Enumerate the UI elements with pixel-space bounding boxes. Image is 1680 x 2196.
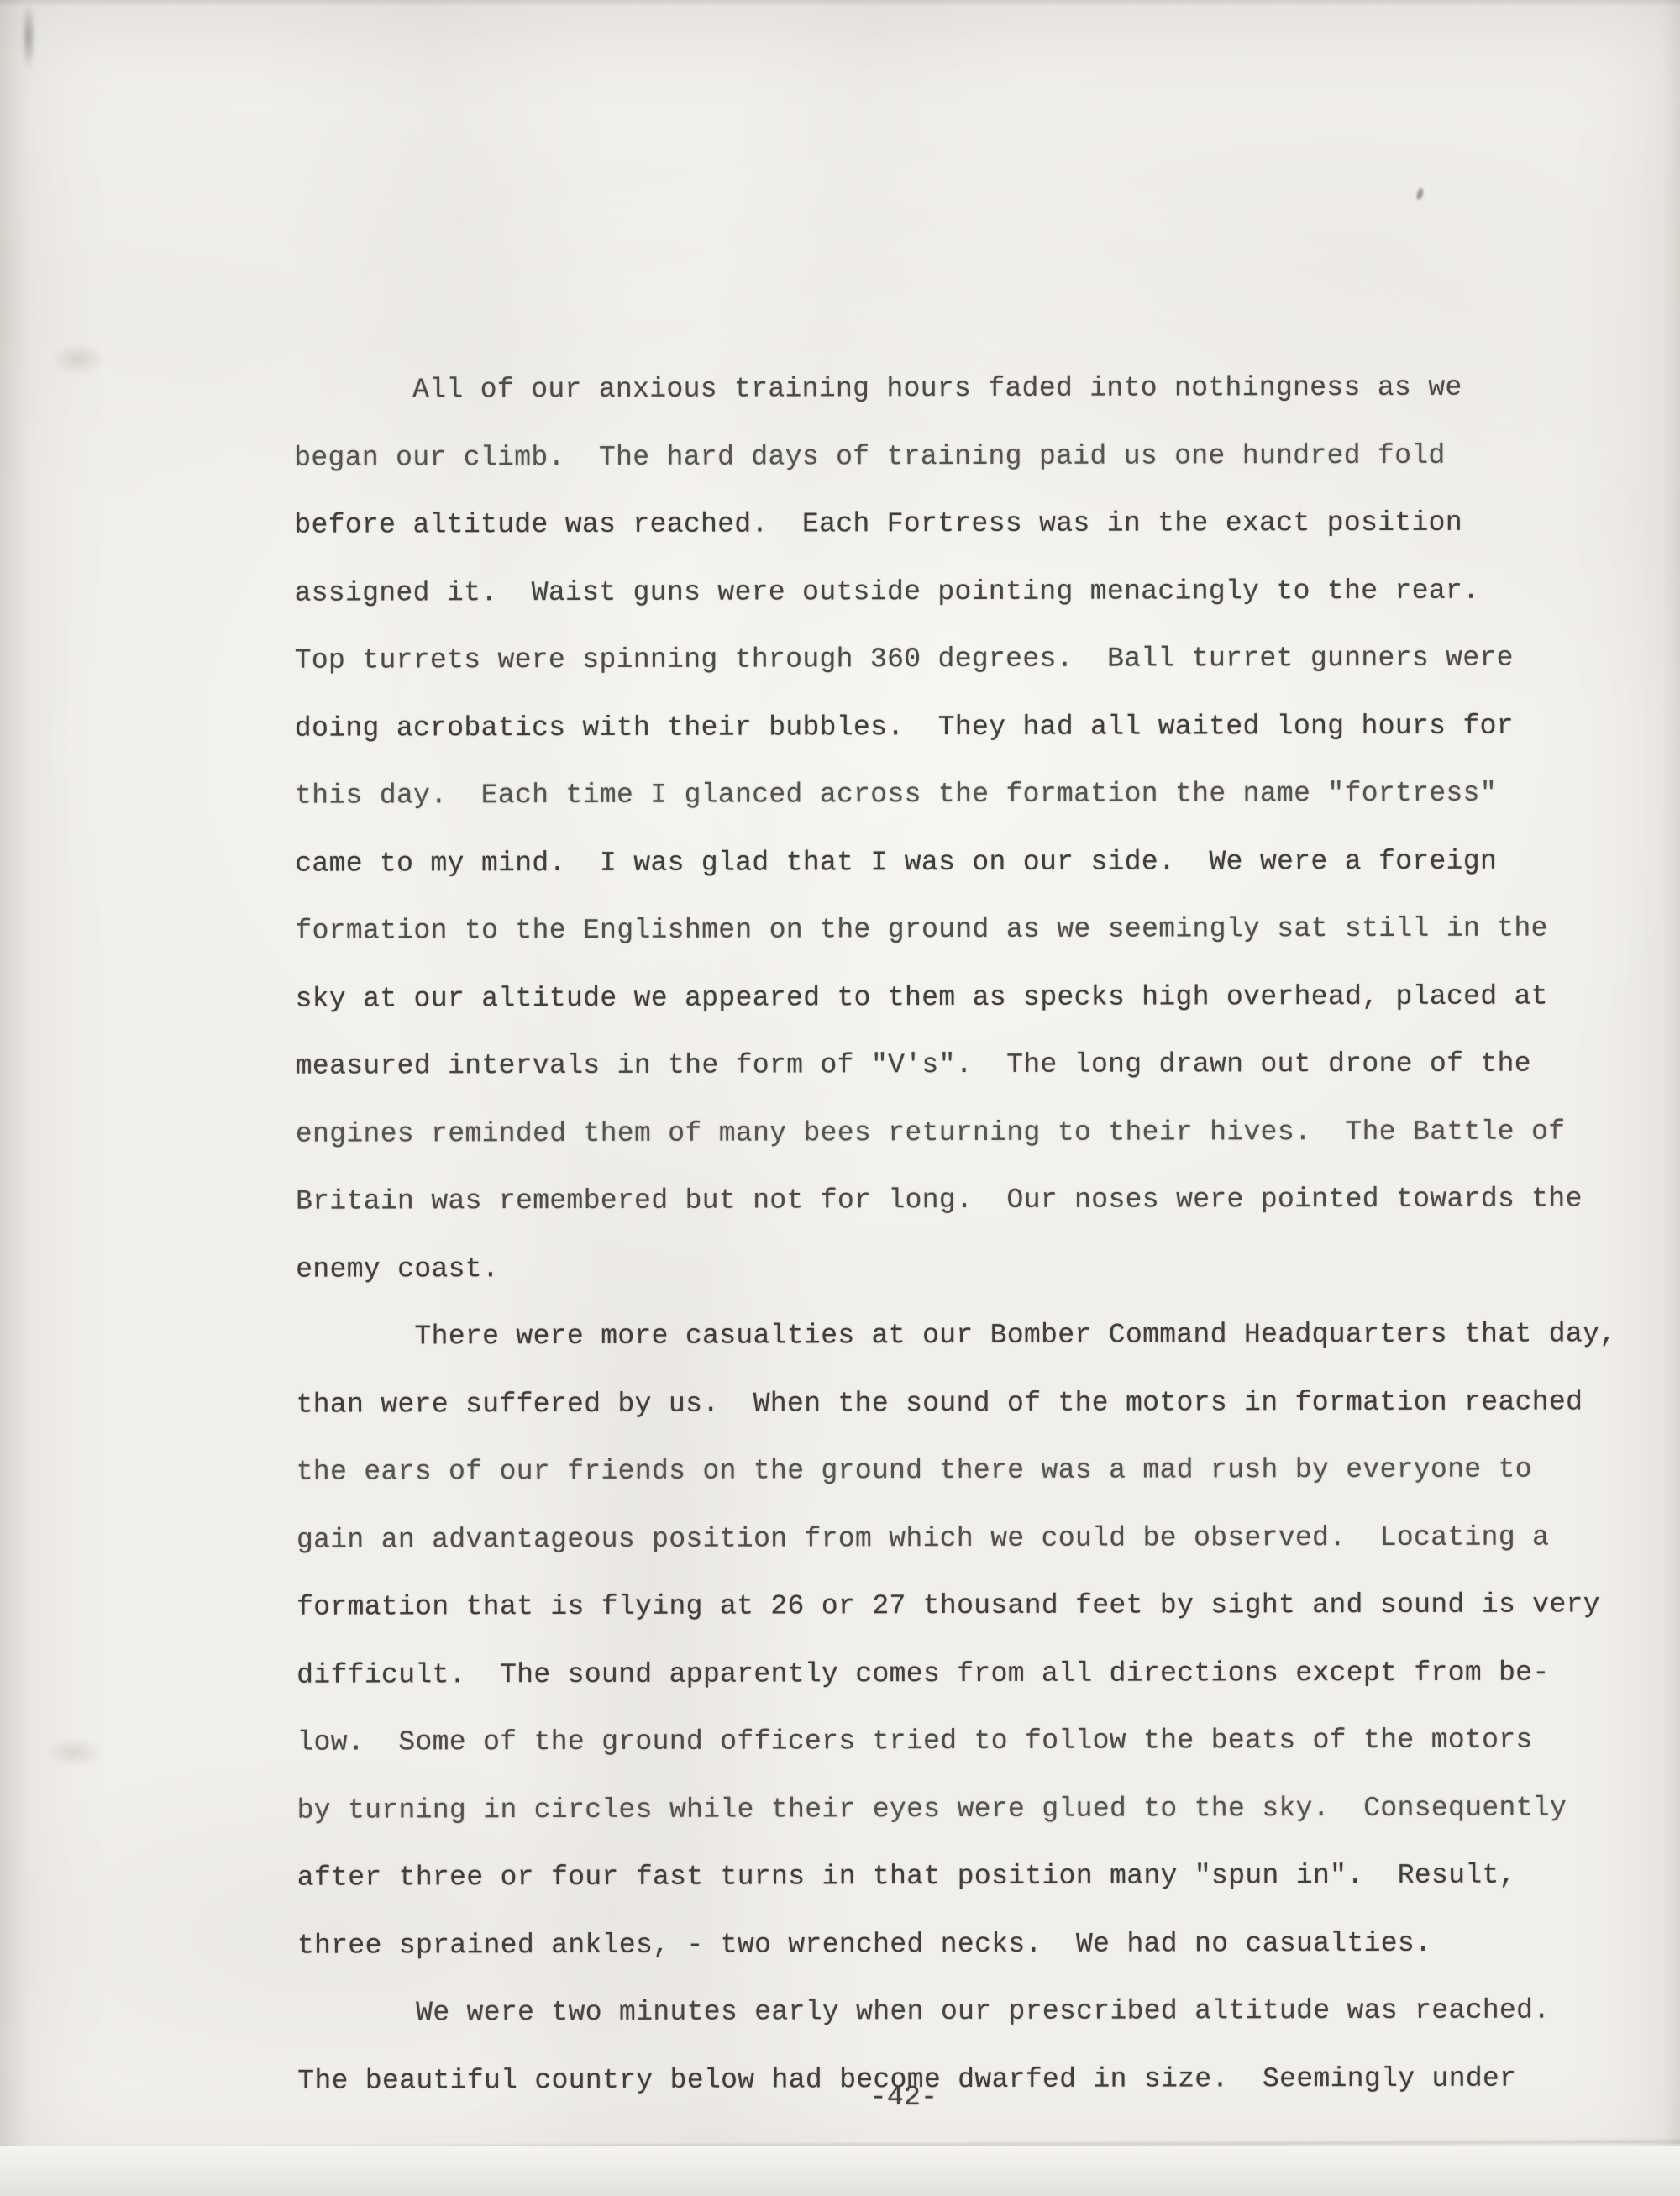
text-line: came to my mind. I was glad that I was o… bbox=[295, 827, 1630, 898]
text-line: The beautiful country below had become d… bbox=[297, 2045, 1633, 2115]
text-line: doing acrobatics with their bubbles. The… bbox=[295, 692, 1630, 763]
paper-left-shadow bbox=[0, 0, 29, 2196]
text-line: the ears of our friends on the ground th… bbox=[297, 1436, 1632, 1506]
page-number: -42- bbox=[870, 2082, 938, 2113]
text-line: by turning in circles while their eyes w… bbox=[297, 1774, 1633, 1845]
text-line: There were more casualties at our Bomber… bbox=[296, 1300, 1631, 1371]
text-line: began our climb. The hard days of traini… bbox=[294, 422, 1630, 492]
text-line: before altitude was reached. Each Fortre… bbox=[294, 489, 1630, 560]
text-line: Britain was remembered but not for long.… bbox=[296, 1165, 1631, 1236]
typescript-text: All of our anxious training hours faded … bbox=[294, 218, 1634, 2115]
text-line: formation that is flying at 26 or 27 tho… bbox=[297, 1571, 1632, 1642]
text-line: sky at our altitude we appeared to them … bbox=[295, 963, 1630, 1033]
text-line: formation to the Englishmen on the groun… bbox=[295, 895, 1630, 965]
text-line: measured intervals in the form of "V's".… bbox=[296, 1030, 1631, 1101]
text-line: enemy coast. bbox=[296, 1233, 1631, 1304]
ink-smudge bbox=[40, 338, 116, 381]
ink-smudge bbox=[34, 1732, 114, 1773]
paper-right-shadow bbox=[1662, 0, 1680, 2196]
text-line: Top turrets were spinning through 360 de… bbox=[295, 624, 1630, 695]
text-line: We were two minutes early when our presc… bbox=[297, 1977, 1633, 2047]
text-line: after three or four fast turns in that p… bbox=[297, 1841, 1633, 1912]
text-line: than were suffered by us. When the sound… bbox=[297, 1369, 1632, 1439]
under-sheet bbox=[0, 2146, 1680, 2196]
text-line: gain an advantageous position from which… bbox=[297, 1504, 1632, 1574]
text-line: engines reminded them of many bees retur… bbox=[296, 1098, 1631, 1169]
text-line: three sprained ankles, - two wrenched ne… bbox=[297, 1910, 1633, 1980]
scanned-typescript-page: { "page": { "kind": "typewritten manuscr… bbox=[0, 0, 1680, 2196]
paper-top-shadow bbox=[0, 0, 1680, 7]
text-line: this day. Each time I glanced across the… bbox=[295, 759, 1630, 830]
text-line: assigned it. Waist guns were outside poi… bbox=[294, 557, 1630, 628]
text-line: difficult. The sound apparently comes fr… bbox=[297, 1639, 1632, 1710]
text-line: All of our anxious training hours faded … bbox=[294, 354, 1630, 424]
text-line: low. Some of the ground officers tried t… bbox=[297, 1706, 1632, 1777]
